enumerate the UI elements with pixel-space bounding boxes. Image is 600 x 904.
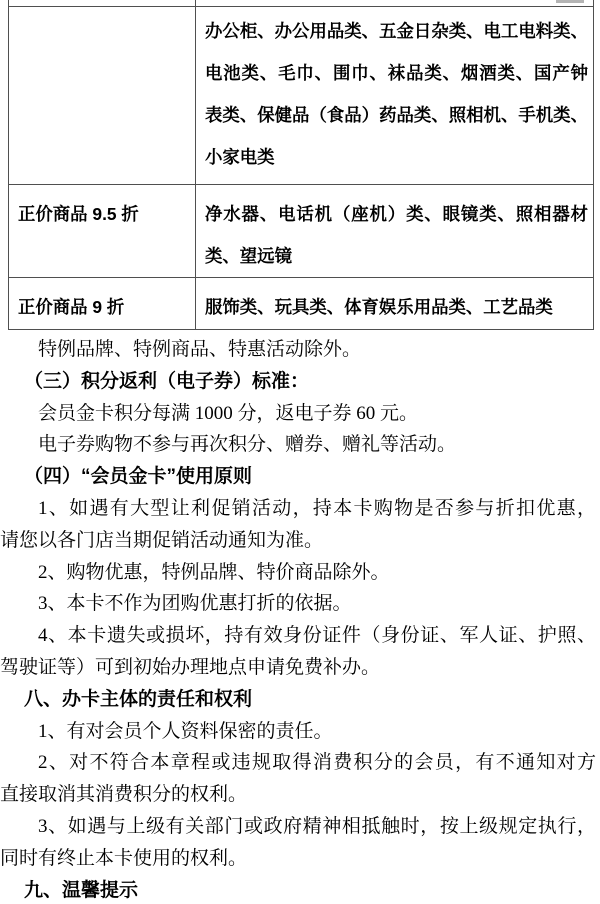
section-heading: （三）积分返利（电子券）标准： — [0, 366, 596, 398]
paragraph-line: 3、如遇与上级有关部门或政府精神相抵触时，按上级规定执行， — [0, 811, 596, 843]
category-line: 净水器、电话机（座机）类、眼镜类、照相器材 — [205, 193, 588, 235]
categories-cell: 服饰类、玩具类、体育娱乐用品类、工艺品类 — [196, 278, 593, 330]
paragraph-line: 2、对不符合本章程或违规取得消费积分的会员，有不通知对方 — [0, 747, 596, 779]
paragraph-line: 1、有对会员个人资料保密的责任。 — [0, 716, 596, 748]
categories-cell: 办公柜、办公用品类、五金日杂类、电工电料类、 电池类、毛巾、围巾、袜品类、烟酒类… — [196, 7, 593, 184]
section-heading: （四）“会员金卡”使用原则 — [0, 461, 596, 493]
paragraph-line: 3、本卡不作为团购优惠打折的依据。 — [0, 588, 596, 620]
category-line: 服饰类、玩具类、体育娱乐用品类、工艺品类 — [205, 286, 588, 328]
document-body: 特例品牌、特例商品、特惠活动除外。 （三）积分返利（电子券）标准： 会员金卡积分… — [0, 334, 596, 904]
paragraph-line: 4、本卡遗失或损坏，持有效身份证件（身份证、军人证、护照、 — [0, 620, 596, 652]
discount-label: 正价商品 9 折 — [18, 286, 195, 328]
discount-cell: 正价商品 9 折 — [9, 278, 195, 330]
discount-cell — [9, 7, 195, 184]
discount-cell: 正价商品 9.5 折 — [9, 185, 195, 277]
categories-cell: 净水器、电话机（座机）类、眼镜类、照相器材 类、望远镜 — [196, 185, 593, 277]
paragraph-line: 会员金卡积分每满 1000 分，返电子券 60 元。 — [0, 398, 596, 430]
document-page: 办公柜、办公用品类、五金日杂类、电工电料类、 电池类、毛巾、围巾、袜品类、烟酒类… — [0, 0, 600, 904]
section-heading: 八、办卡主体的责任和权利 — [0, 684, 596, 716]
paragraph-line: 电子券购物不参与再次积分、赠券、赠礼等活动。 — [0, 429, 596, 461]
discount-tier-table: 办公柜、办公用品类、五金日杂类、电工电料类、 电池类、毛巾、围巾、袜品类、烟酒类… — [8, 0, 594, 330]
discount-label: 正价商品 9.5 折 — [18, 193, 195, 235]
paragraph-line: 2、购物优惠，特例品牌、特价商品除外。 — [0, 557, 596, 589]
category-line: 表类、保健品（食品）药品类、照相机、手机类、 — [205, 94, 588, 136]
paragraph-line: 直接取消其消费积分的权利。 — [0, 779, 596, 811]
category-line: 电池类、毛巾、围巾、袜品类、烟酒类、国产钟 — [205, 52, 588, 94]
category-line: 办公柜、办公用品类、五金日杂类、电工电料类、 — [205, 10, 588, 52]
category-line: 小家电类 — [205, 136, 588, 178]
paragraph-line: 同时有终止本卡使用的权利。 — [0, 843, 596, 875]
category-line: 类、望远镜 — [205, 235, 588, 277]
paragraph-line: 请您以各门店当期促销活动通知为准。 — [0, 525, 596, 557]
section-heading: 九、温馨提示 — [0, 875, 596, 904]
paragraph-line: 驾驶证等）可到初始办理地点申请免费补办。 — [0, 652, 596, 684]
paragraph-line: 特例品牌、特例商品、特惠活动除外。 — [0, 334, 596, 366]
paragraph-line: 1、如遇有大型让利促销活动，持本卡购物是否参与折扣优惠， — [0, 493, 596, 525]
